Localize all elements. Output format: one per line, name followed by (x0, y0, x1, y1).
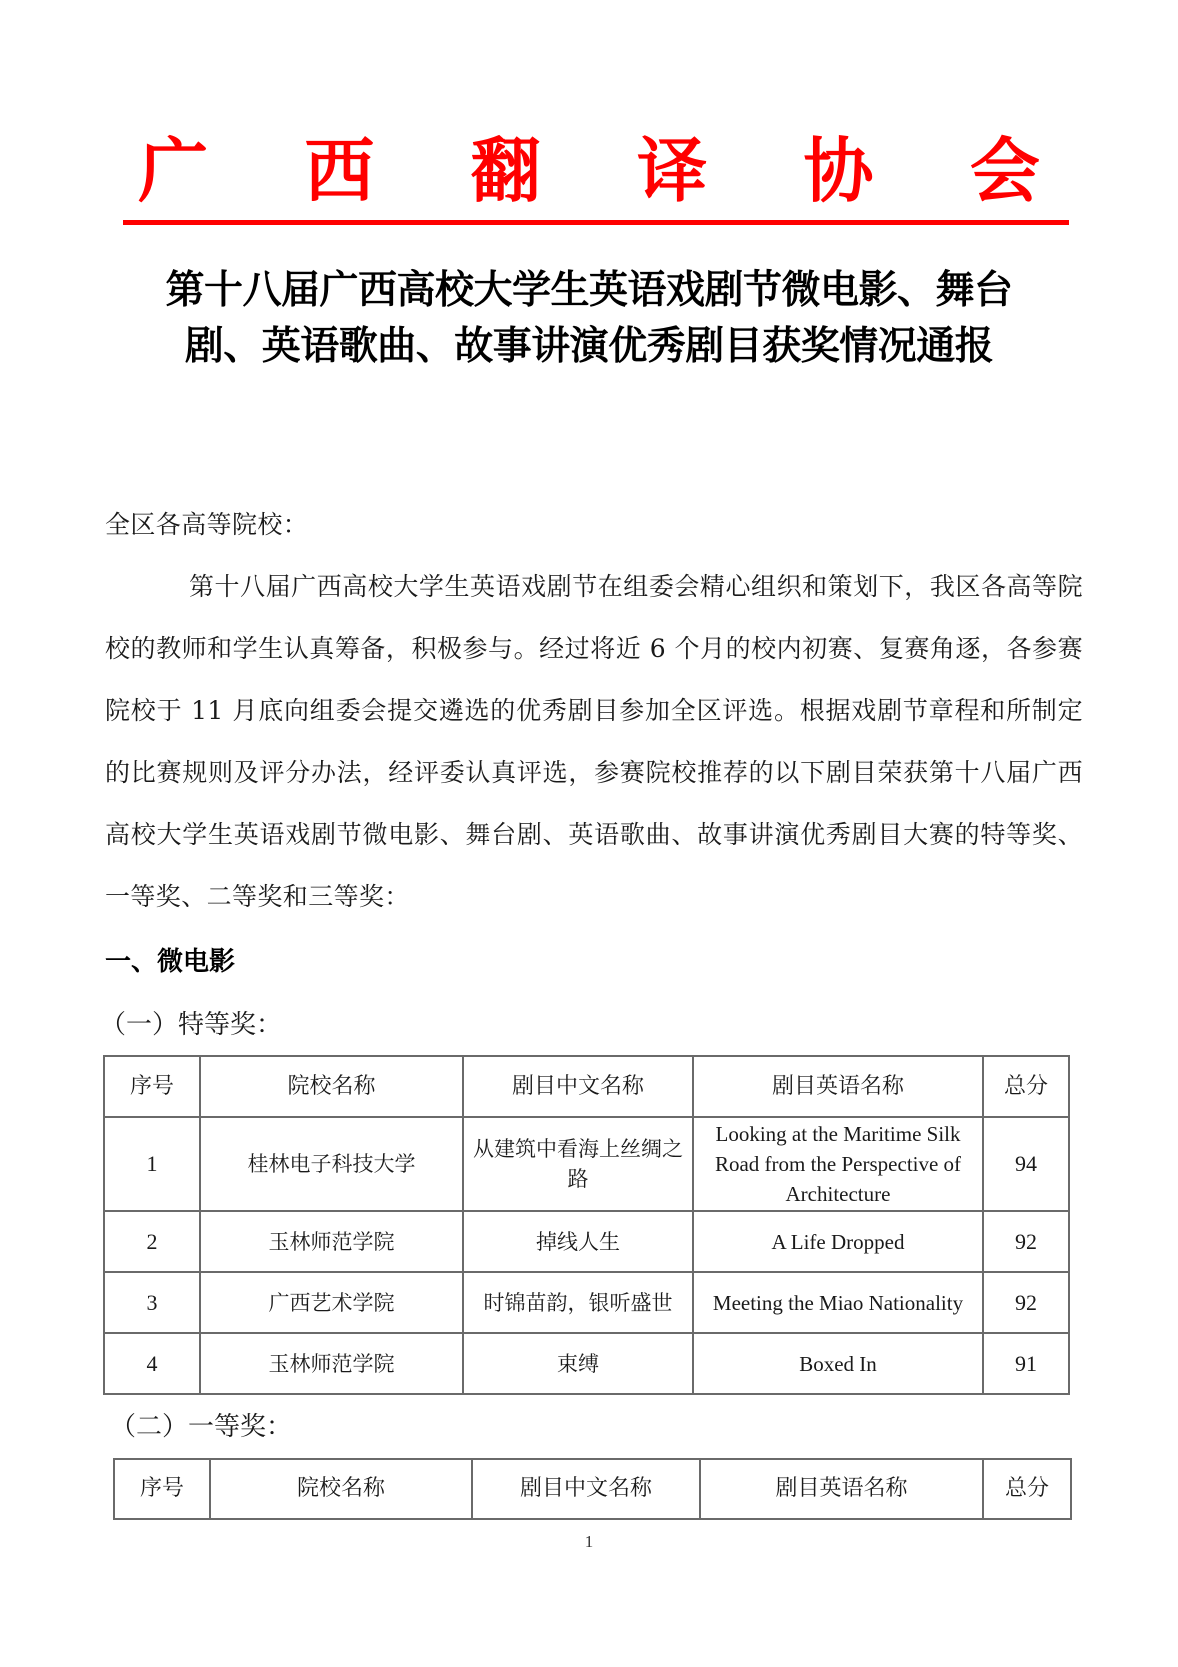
cell-score: 91 (983, 1333, 1069, 1394)
header-title-en: 剧目英语名称 (700, 1459, 983, 1519)
cell-score: 92 (983, 1211, 1069, 1272)
header-title-cn: 剧目中文名称 (472, 1459, 700, 1519)
header-school: 院校名称 (200, 1056, 463, 1117)
cell-title-en: Boxed In (693, 1333, 983, 1394)
document-title-line-1: 第十八届广西高校大学生英语戏剧节微电影、舞台 (100, 262, 1078, 318)
subheading-special-prize: （一）特等奖： (100, 1005, 282, 1045)
cell-score: 94 (983, 1117, 1069, 1211)
cell-no: 3 (104, 1272, 200, 1333)
header-score: 总分 (983, 1056, 1069, 1117)
cell-score: 92 (983, 1272, 1069, 1333)
cell-title-en: Looking at the Maritime Silk Road from t… (693, 1117, 983, 1211)
salutation: 全区各高等院校： (105, 494, 1083, 556)
first-prize-table: 序号 院校名称 剧目中文名称 剧目英语名称 总分 (113, 1458, 1072, 1520)
organization-letterhead: 广 西 翻 译 协 会 (0, 128, 1178, 214)
header-score: 总分 (983, 1459, 1071, 1519)
cell-school: 玉林师范学院 (200, 1211, 463, 1272)
special-prize-table: 序号 院校名称 剧目中文名称 剧目英语名称 总分 1 桂林电子科技大学 从建筑中… (103, 1055, 1070, 1395)
table-row: 3 广西艺术学院 时锦苗韵，银听盛世 Meeting the Miao Nati… (104, 1272, 1069, 1333)
table-row: 1 桂林电子科技大学 从建筑中看海上丝绸之路 Looking at the Ma… (104, 1117, 1069, 1211)
header-no: 序号 (104, 1056, 200, 1117)
cell-school: 桂林电子科技大学 (200, 1117, 463, 1211)
cell-no: 4 (104, 1333, 200, 1394)
cell-no: 1 (104, 1117, 200, 1211)
header-school: 院校名称 (210, 1459, 472, 1519)
document-title: 第十八届广西高校大学生英语戏剧节微电影、舞台 剧、英语歌曲、故事讲演优秀剧目获奖… (100, 262, 1078, 374)
document-title-line-2: 剧、英语歌曲、故事讲演优秀剧目获奖情况通报 (100, 318, 1078, 374)
header-title-cn: 剧目中文名称 (463, 1056, 693, 1117)
table-row: 4 玉林师范学院 束缚 Boxed In 91 (104, 1333, 1069, 1394)
header-title-en: 剧目英语名称 (693, 1056, 983, 1117)
table-header-row: 序号 院校名称 剧目中文名称 剧目英语名称 总分 (104, 1056, 1069, 1117)
page-number: 1 (0, 1532, 1178, 1552)
letterhead-red-rule (123, 220, 1069, 225)
header-no: 序号 (114, 1459, 210, 1519)
table-header-row: 序号 院校名称 剧目中文名称 剧目英语名称 总分 (114, 1459, 1071, 1519)
body-paragraph: 第十八届广西高校大学生英语戏剧节在组委会精心组织和策划下，我区各高等院校的教师和… (105, 556, 1083, 928)
cell-no: 2 (104, 1211, 200, 1272)
cell-school: 玉林师范学院 (200, 1333, 463, 1394)
cell-school: 广西艺术学院 (200, 1272, 463, 1333)
cell-title-cn: 束缚 (463, 1333, 693, 1394)
subheading-first-prize: （二）一等奖： (110, 1407, 292, 1447)
cell-title-en: A Life Dropped (693, 1211, 983, 1272)
section-heading-micro-film: 一、微电影 (105, 942, 235, 982)
cell-title-en: Meeting the Miao Nationality (693, 1272, 983, 1333)
cell-title-cn: 时锦苗韵，银听盛世 (463, 1272, 693, 1333)
table-row: 2 玉林师范学院 掉线人生 A Life Dropped 92 (104, 1211, 1069, 1272)
cell-title-cn: 从建筑中看海上丝绸之路 (463, 1117, 693, 1211)
cell-title-cn: 掉线人生 (463, 1211, 693, 1272)
